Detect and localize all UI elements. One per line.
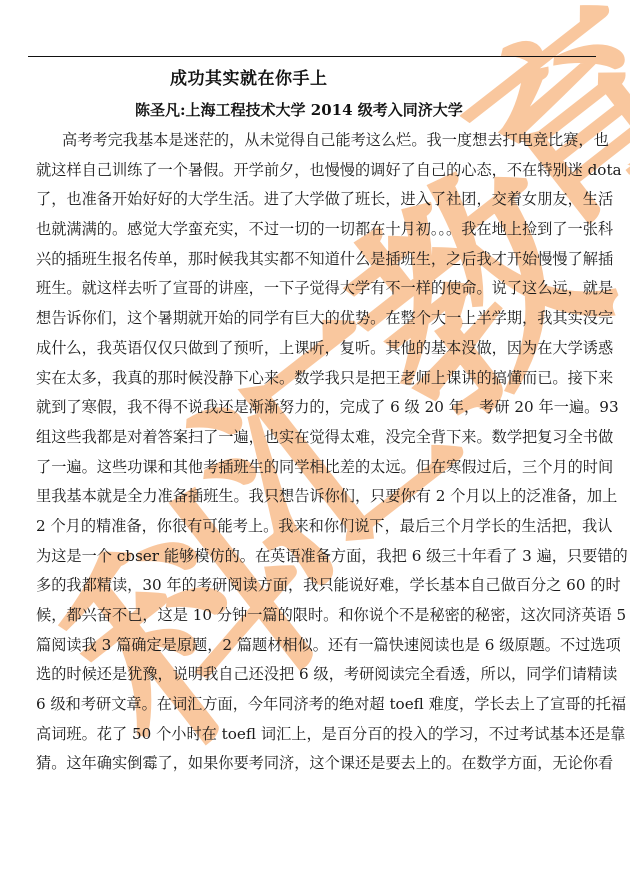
text-line: 为这是一个 cbser 能够模仿的。在英语准备方面，我把 6 级三十年看了 3 … bbox=[36, 542, 594, 572]
text-line: 也就满满的。感觉大学蛮充实，不过一切的一切都在十月初。。。我在地上捡到了一张科 bbox=[36, 215, 594, 245]
text-line: 组这些我都是对着答案扫了一遍，也实在觉得太难，没完全背下来。数学把复习全书做 bbox=[36, 423, 594, 453]
header-rule bbox=[28, 56, 596, 57]
document-page: 成功其实就在你手上 陈圣凡:上海工程技术大学 2014 级考入同济大学 高考考完… bbox=[0, 0, 630, 890]
text-line: 选的时候还是犹豫，说明我自己还没把 6 级，考研阅读完全看透，所以，同学们请精读 bbox=[36, 660, 594, 690]
text-line: 了，也准备开始好好的大学生活。进了大学做了班长，进入了社团，交着女朋友，生活 bbox=[36, 185, 594, 215]
text-line: 多的我都精读，30 年的考研阅读方面，我只能说好难，学长基本自己做百分之 60 … bbox=[36, 571, 594, 601]
text-line: 2 个月的精准备，你很有可能考上。我来和你们说下，最后三个月学长的生活把，我认 bbox=[36, 512, 594, 542]
text-line: 就这样自己训练了一个暑假。开学前夕，也慢慢的调好了自己的心态，不在特别迷 dot… bbox=[36, 156, 594, 186]
text-line: 篇阅读我 3 篇确定是原题，2 篇题材相似。还有一篇快速阅读也是 6 级原题。不… bbox=[36, 631, 594, 661]
body-paragraph: 高考考完我基本是迷茫的，从未觉得自己能考这么烂。我一度想去打电竞比赛，也 就这样… bbox=[36, 126, 594, 779]
text-line: 了一遍。这些功课和其他考插班生的同学相比差的太远。但在寒假过后，三个月的时间 bbox=[36, 453, 594, 483]
text-line: 高词班。花了 50 个小时在 toefl 词汇上，是百分百的投入的学习，不过考试… bbox=[36, 720, 594, 750]
text-line: 就到了寒假，我不得不说我还是渐渐努力的，完成了 6 级 20 年，考研 20 年… bbox=[36, 393, 594, 423]
text-line: 想告诉你们，这个暑期就开始的同学有巨大的优势。在整个大一上半学期，我其实没完 bbox=[36, 304, 594, 334]
text-line: 兴的插班生报名传单，那时候我其实都不知道什么是插班生，之后我才开始慢慢了解插 bbox=[36, 245, 594, 275]
text-line: 班生。就这样去听了宣哥的讲座，一下子觉得大学有不一样的使命。说了这么远，就是 bbox=[36, 274, 594, 304]
text-line: 成什么，我英语仅仅只做到了预听，上课听，复听。其他的基本没做，因为在大学诱惑 bbox=[36, 334, 594, 364]
text-line: 猜。这年确实倒霉了，如果你要考同济，这个课还是要去上的。在数学方面，无论你看 bbox=[36, 749, 594, 779]
text-line: 里我基本就是全力准备插班生。我只想告诉你们，只要你有 2 个月以上的泛准备，加上 bbox=[36, 482, 594, 512]
document-title: 成功其实就在你手上 bbox=[170, 64, 328, 89]
document-subtitle: 陈圣凡:上海工程技术大学 2014 级考入同济大学 bbox=[135, 99, 463, 120]
text-line: 实在太多，我真的那时候没静下心来。数学我只是把王老师上课讲的搞懂而已。接下来 bbox=[36, 364, 594, 394]
text-line: 候，都兴奋不已，这是 10 分钟一篇的限时。和你说个不是秘密的秘密，这次同济英语… bbox=[36, 601, 594, 631]
text-line: 6 级和考研文章。在词汇方面，今年同济考的绝对超 toefl 难度，学长去上了宣… bbox=[36, 690, 594, 720]
text-line: 高考考完我基本是迷茫的，从未觉得自己能考这么烂。我一度想去打电竞比赛，也 bbox=[36, 126, 594, 156]
